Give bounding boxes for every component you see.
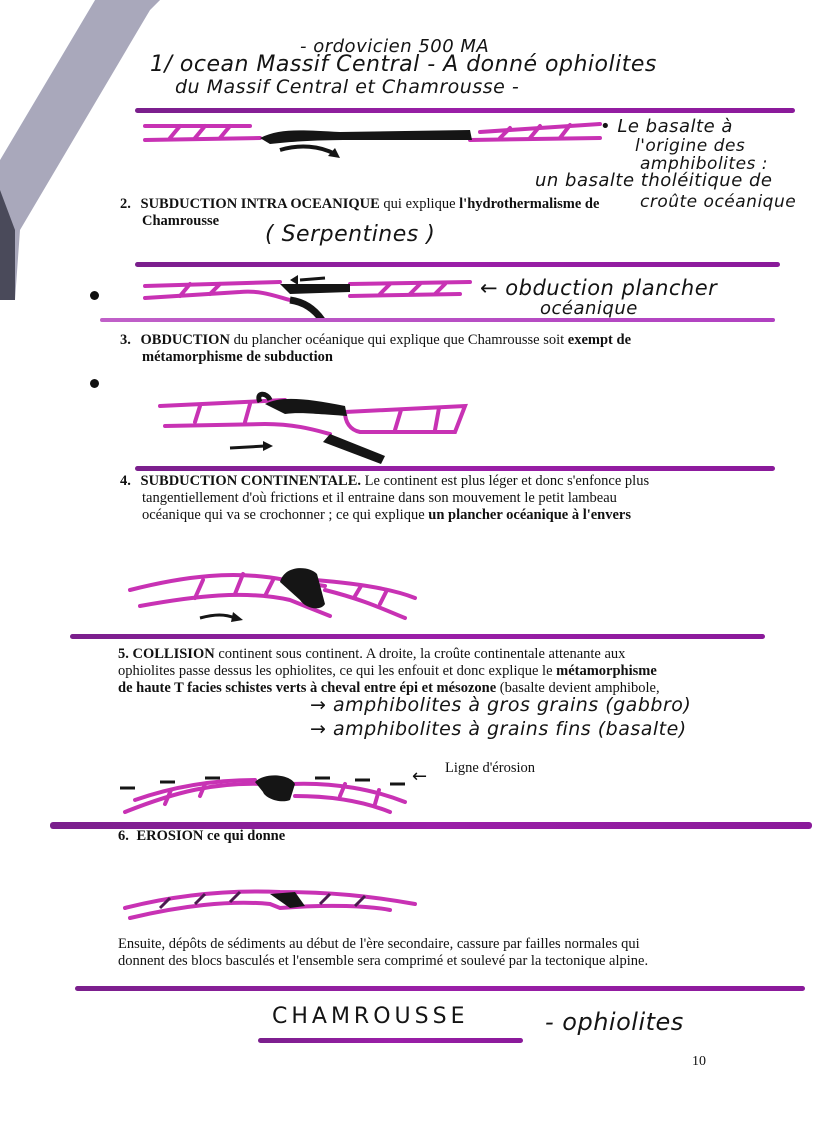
erosion-line-label: Ligne d'érosion (445, 760, 535, 777)
section-text-line2: métamorphisme de subduction (142, 349, 333, 365)
section-number: 2. (120, 196, 131, 212)
section-bold-text: métamorphisme (556, 663, 657, 679)
diagram-after-erosion (120, 884, 420, 924)
section-text: qui explique (380, 196, 459, 212)
section-number: 4. (120, 473, 131, 489)
section-bold-text: un plancher océanique à l'envers (428, 507, 631, 523)
note-basalte-4: un basalte tholéitique de (535, 170, 773, 191)
handwritten-amphibolites-grains-fins: → amphibolites à grains fins (basalte) (310, 718, 687, 740)
title-underline (258, 1038, 523, 1043)
section-number: 3. (120, 332, 131, 348)
section-title: COLLISION (133, 646, 215, 662)
note-basalte-2: l'origine des (635, 136, 745, 156)
note-basalte-5: croûte océanique (640, 192, 796, 212)
divider-rule (135, 466, 775, 471)
conclusion-line1: Ensuite, dépôts de sédiments au début de… (118, 936, 640, 952)
section-text-line2: tangentiellement d'où frictions et il en… (142, 490, 617, 506)
section-text-line3: océanique qui va se crochonner ; ce qui … (142, 507, 428, 523)
section-text-line2: Chamrousse (142, 213, 219, 229)
handwritten-ocean-massif-central: 1/ ocean Massif Central - A donné ophiol… (150, 52, 657, 77)
divider-rule (70, 634, 765, 639)
section-text: du plancher océanique qui explique que C… (230, 332, 568, 348)
section-title: SUBDUCTION CONTINENTALE. (141, 473, 362, 489)
section-title: SUBDUCTION INTRA OCEANIQUE (141, 196, 380, 212)
bullet-dot (90, 291, 99, 300)
section-4-subduction-continentale: 4. SUBDUCTION CONTINENTALE. Le continent… (120, 473, 760, 524)
section-5-collision: 5. COLLISION continent sous continent. A… (118, 646, 778, 697)
conclusion-paragraph: Ensuite, dépôts de sédiments au début de… (118, 936, 758, 970)
divider-rule (100, 318, 775, 322)
section-number: 6. (118, 828, 129, 844)
bullet-dot (90, 379, 99, 388)
divider-rule (135, 108, 795, 113)
section-bold-text: exempt de (568, 332, 631, 348)
section-title: OBDUCTION (141, 332, 230, 348)
handwritten-amphibolites-gros-grains: → amphibolites à gros grains (gabbro) (310, 694, 691, 716)
arrow-left-icon: ← (412, 766, 427, 787)
divider-rule (75, 986, 805, 991)
section-text: Le continent est plus léger et donc s'en… (361, 473, 649, 489)
page-number: 10 (692, 1054, 706, 1070)
handwritten-chamrousse-title: CHAMROUSSE (272, 1004, 468, 1029)
diagram-collision (125, 560, 415, 630)
section-3-obduction: 3. OBDUCTION du plancher océanique qui e… (120, 332, 720, 366)
section-6-erosion: 6. EROSION ce qui donne (118, 828, 285, 845)
section-text: continent sous continent. A droite, la c… (215, 646, 626, 662)
divider-rule (135, 262, 780, 267)
handwritten-serpentines: ( Serpentines ) (265, 222, 435, 247)
diagram-oceanic-crust (140, 118, 600, 168)
diagram-subduction-continentale (155, 392, 475, 464)
note-basalte-1: • Le basalte à (600, 116, 733, 137)
section-bold-text: l'hydrothermalisme de (459, 196, 599, 212)
handwritten-oceanique: océanique (540, 298, 638, 319)
handwritten-ophiolites: - ophiolites (545, 1008, 684, 1036)
section-text-line2: ophiolites passe dessus les ophiolites, … (118, 663, 556, 679)
conclusion-line2: donnent des blocs basculés et l'ensemble… (118, 953, 648, 969)
handwritten-massif-central-chamrousse: du Massif Central et Chamrousse - (175, 76, 519, 98)
section-title: EROSION ce qui donne (137, 828, 286, 844)
handwritten-obduction-plancher: ← obduction plancher (480, 276, 717, 300)
diagram-obduction (140, 272, 480, 320)
scan-corner-shadow (0, 0, 160, 300)
section-number: 5. (118, 646, 129, 662)
diagram-erosion-line (115, 770, 415, 818)
